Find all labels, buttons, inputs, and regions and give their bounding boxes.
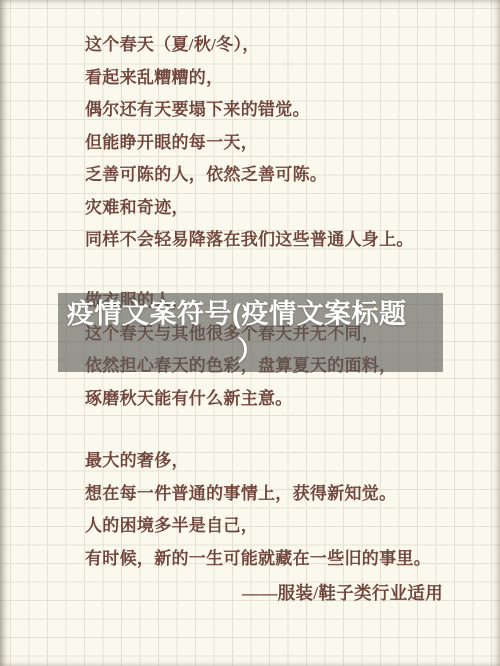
copy-line: 想在每一件普通的事情上，获得新知觉。	[85, 478, 480, 511]
copy-line: 偶尔还有天要塌下来的错觉。	[85, 94, 480, 127]
copy-line: 最大的奢侈，	[85, 445, 480, 478]
copy-line: 这个春天（夏/秋/冬），	[85, 29, 480, 62]
industry-attribution: ——服装/鞋子类行业适用	[85, 577, 443, 610]
copy-line: 但能睁开眼的每一天，	[85, 127, 480, 160]
copy-block-luxury: 最大的奢侈， 想在每一件普通的事情上，获得新知觉。 人的困境多半是自己， 有时候…	[85, 445, 480, 575]
poster-page: 这个春天（夏/秋/冬）， 看起来乱糟糟的， 偶尔还有天要塌下来的错觉。 但能睁开…	[0, 0, 500, 666]
copy-line: 有时候，新的一生可能就藏在一些旧的事里。	[85, 543, 480, 576]
copy-line: 琢磨秋天能有什么新主意。	[85, 383, 480, 416]
copy-line: 看起来乱糟糟的，	[85, 62, 480, 95]
watermark-title-overlay: 疫情文案符号(疫情文案标题 ）	[58, 293, 443, 372]
watermark-title-line1: 疫情文案符号(疫情文案标题	[58, 296, 443, 333]
copy-block-spring: 这个春天（夏/秋/冬）， 看起来乱糟糟的， 偶尔还有天要塌下来的错觉。 但能睁开…	[85, 29, 480, 257]
copy-line: 人的困境多半是自己，	[85, 510, 480, 543]
copy-line: 同样不会轻易降落在我们这些普通人身上。	[85, 224, 480, 257]
copy-line: 乏善可陈的人，依然乏善可陈。	[85, 159, 480, 192]
watermark-title-line2: ）	[58, 333, 443, 370]
copy-line: 灾难和奇迹，	[85, 192, 480, 225]
